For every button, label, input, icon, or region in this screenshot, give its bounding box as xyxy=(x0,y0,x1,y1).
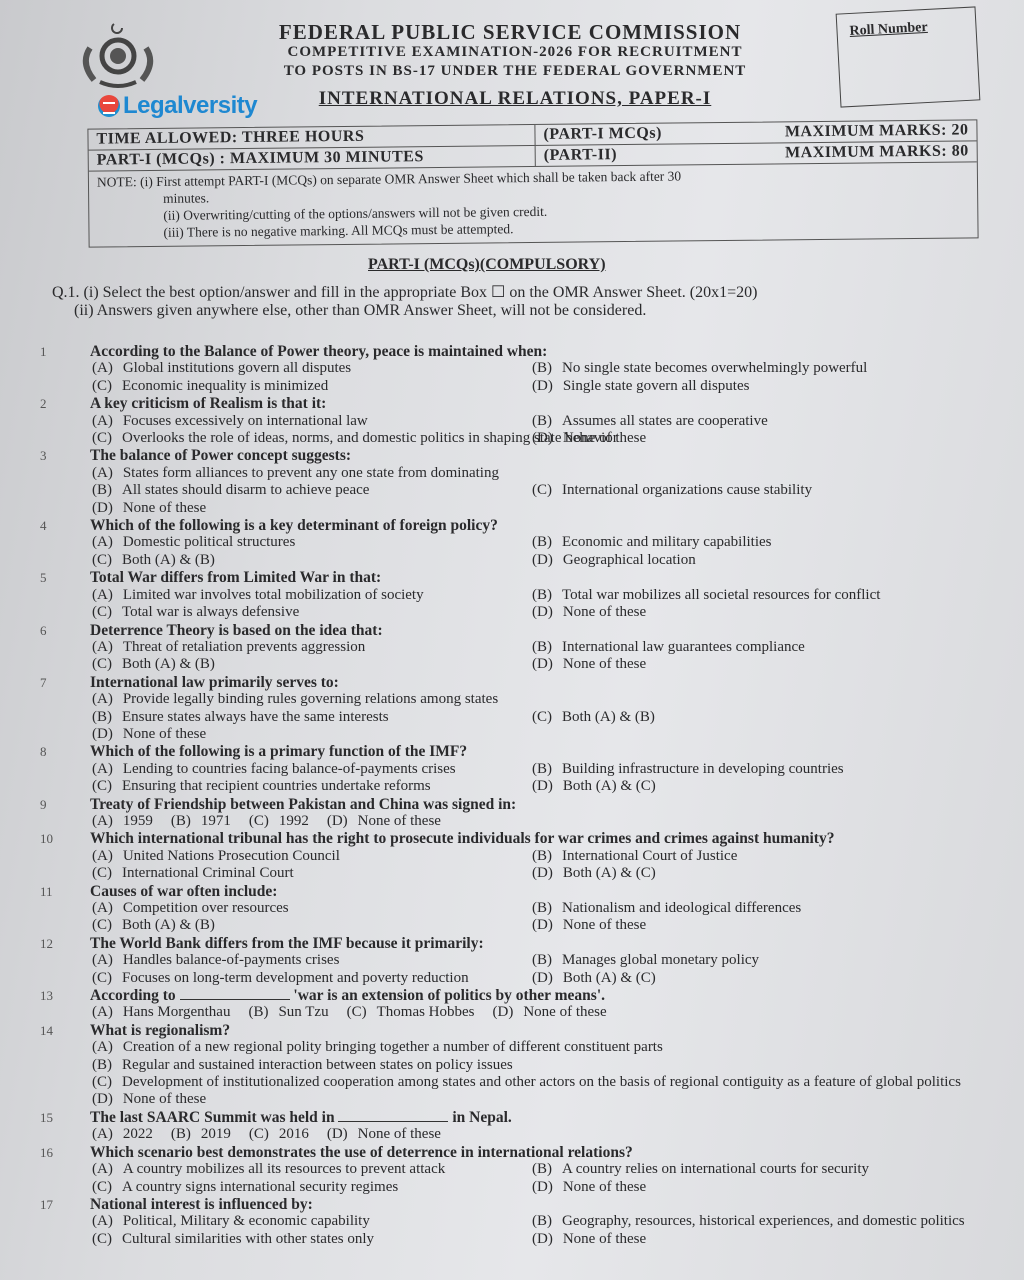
option-a[interactable]: (A)Competition over resources xyxy=(92,900,522,917)
option-text: Sun Tzu xyxy=(278,1004,328,1020)
option-label: (A) xyxy=(92,413,113,429)
option-text: 2016 xyxy=(279,1126,309,1142)
option-c[interactable]: (C)A country signs international securit… xyxy=(92,1179,522,1196)
option-label: (A) xyxy=(92,1004,113,1020)
option-d[interactable]: (D)None of these xyxy=(532,430,1015,447)
question-item: 13According to 'war is an extension of p… xyxy=(40,987,1015,1022)
option-label: (A) xyxy=(92,360,113,376)
option-label: (C) xyxy=(532,482,552,498)
question-item: 2A key criticism of Realism is that it:(… xyxy=(40,395,1015,447)
option-label: (D) xyxy=(532,604,553,620)
question-text: The World Bank differs from the IMF beca… xyxy=(40,935,1015,952)
option-label: (D) xyxy=(532,1179,553,1195)
government-emblem-icon xyxy=(70,18,166,90)
question-item: 5Total War differs from Limited War in t… xyxy=(40,569,1015,621)
option-text: Both (A) & (C) xyxy=(563,970,656,986)
question-number: 14 xyxy=(40,1022,70,1039)
option-b[interactable]: (B)Ensure states always have the same in… xyxy=(92,709,522,726)
option-label: (D) xyxy=(532,865,553,881)
option-text: Assumes all states are cooperative xyxy=(562,413,768,429)
option-b[interactable]: (B)Nationalism and ideological differenc… xyxy=(532,900,1015,917)
option-a[interactable]: (A)Global institutions govern all disput… xyxy=(92,360,522,377)
option-label: (D) xyxy=(532,778,553,794)
option-label: (A) xyxy=(92,848,113,864)
question-number: 8 xyxy=(40,743,70,760)
question-text: Which of the following is a key determin… xyxy=(40,517,1015,534)
question-number: 4 xyxy=(40,517,70,534)
roll-number-label: Roll Number xyxy=(849,17,976,40)
option-c[interactable]: (C)Focuses on long-term development and … xyxy=(92,970,522,987)
option-text: Nationalism and ideological differences xyxy=(562,900,801,916)
option-text: None of these xyxy=(563,1179,646,1195)
option-label: (A) xyxy=(92,1213,113,1229)
option-c[interactable]: (C)1992 xyxy=(249,813,309,830)
option-b[interactable]: (B)1971 xyxy=(171,813,231,830)
option-c[interactable]: (C)International Criminal Court xyxy=(92,865,522,882)
option-a[interactable]: (A)Creation of a new regional polity bri… xyxy=(92,1039,1015,1056)
question-number: 13 xyxy=(40,987,70,1004)
part1-marks: MAXIMUM MARKS: 20 xyxy=(785,121,969,141)
instructions: Q.1. (i) Select the best option/answer a… xyxy=(52,282,1002,320)
option-d[interactable]: (D)None of these xyxy=(92,500,522,517)
question-item: 9Treaty of Friendship between Pakistan a… xyxy=(40,796,1015,831)
option-label: (C) xyxy=(92,778,112,794)
option-text: States form alliances to prevent any one… xyxy=(123,465,499,481)
option-c[interactable]: (C)Both (A) & (B) xyxy=(92,552,522,569)
option-d[interactable]: (D)Both (A) & (C) xyxy=(532,970,1015,987)
option-text: Hans Morgenthau xyxy=(123,1004,231,1020)
option-d[interactable]: (D)None of these xyxy=(532,1179,1015,1196)
option-text: Manages global monetary policy xyxy=(562,952,759,968)
option-text: Building infrastructure in developing co… xyxy=(562,761,844,777)
question-item: 16Which scenario best demonstrates the u… xyxy=(40,1144,1015,1196)
option-a[interactable]: (A)Limited war involves total mobilizati… xyxy=(92,587,522,604)
option-label: (B) xyxy=(248,1004,268,1020)
part1-label: (PART-I MCQs) xyxy=(543,125,662,144)
option-text: None of these xyxy=(563,604,646,620)
option-label: (B) xyxy=(92,482,112,498)
option-label: (D) xyxy=(532,1231,553,1247)
question-number: 9 xyxy=(40,796,70,813)
option-d[interactable]: (D)Both (A) & (C) xyxy=(532,778,1015,795)
question-item: 14What is regionalism?(A)Creation of a n… xyxy=(40,1022,1015,1109)
option-a[interactable]: (A)Provide legally binding rules governi… xyxy=(92,691,1015,708)
fill-in-blank xyxy=(180,999,290,1000)
option-text: Development of institutionalized coopera… xyxy=(122,1074,961,1090)
option-label: (A) xyxy=(92,900,113,916)
options-row: (A)1959(B)1971(C)1992(D)None of these xyxy=(40,813,1015,830)
option-label: (D) xyxy=(92,500,113,516)
option-c[interactable]: (C)Ensuring that recipient countries und… xyxy=(92,778,522,795)
option-text: Threat of retaliation prevents aggressio… xyxy=(123,639,365,655)
option-a[interactable]: (A)Threat of retaliation prevents aggres… xyxy=(92,639,522,656)
option-label: (A) xyxy=(92,813,113,829)
option-text: Handles balance-of-payments crises xyxy=(123,952,340,968)
option-d[interactable]: (D)Both (A) & (C) xyxy=(532,865,1015,882)
option-label: (C) xyxy=(92,1231,112,1247)
options: (A)Focuses excessively on international … xyxy=(40,413,1015,448)
option-label: (C) xyxy=(92,970,112,986)
question-number: 5 xyxy=(40,569,70,586)
option-a[interactable]: (A)Political, Military & economic capabi… xyxy=(92,1213,522,1230)
option-c[interactable]: (C)International organizations cause sta… xyxy=(532,482,1015,499)
option-c[interactable]: (C)Overlooks the role of ideas, norms, a… xyxy=(92,430,522,447)
option-d[interactable]: (D)Single state govern all disputes xyxy=(532,378,1015,395)
legalversity-watermark: Legalversity xyxy=(98,92,257,120)
option-text: None of these xyxy=(358,813,441,829)
option-text: None of these xyxy=(523,1004,606,1020)
option-label: (D) xyxy=(532,378,553,394)
part2-marks: MAXIMUM MARKS: 80 xyxy=(785,142,969,162)
options: (A)Lending to countries facing balance-o… xyxy=(40,761,1015,796)
option-d[interactable]: (D)None of these xyxy=(532,1231,1015,1248)
option-label: (B) xyxy=(532,413,552,429)
option-d[interactable]: (D)None of these xyxy=(327,813,441,830)
option-label: (C) xyxy=(92,430,112,446)
option-a[interactable]: (A)1959 xyxy=(92,813,153,830)
option-c[interactable]: (C)Both (A) & (B) xyxy=(92,917,522,934)
question-number: 11 xyxy=(40,883,70,900)
option-c[interactable]: (C)Both (A) & (B) xyxy=(92,656,522,673)
option-c[interactable]: (C)Economic inequality is minimized xyxy=(92,378,522,395)
option-text: A country relies on international courts… xyxy=(562,1161,869,1177)
question-text: A key criticism of Realism is that it: xyxy=(40,395,1015,412)
option-text: Single state govern all disputes xyxy=(563,378,750,394)
option-label: (D) xyxy=(327,813,348,829)
option-label: (D) xyxy=(532,970,553,986)
question-item: 1According to the Balance of Power theor… xyxy=(40,343,1015,395)
option-text: Total war mobilizes all societal resourc… xyxy=(562,587,880,603)
question-text: According to 'war is an extension of pol… xyxy=(40,987,1015,1004)
option-c[interactable]: (C)Development of institutionalized coop… xyxy=(92,1074,1015,1091)
option-text: None of these xyxy=(123,726,206,742)
option-c[interactable]: (C)Total war is always defensive xyxy=(92,604,522,621)
option-d[interactable]: (D)Geographical location xyxy=(532,552,1015,569)
option-label: (C) xyxy=(92,1179,112,1195)
option-text: Political, Military & economic capabilit… xyxy=(123,1213,370,1229)
question-text: According to the Balance of Power theory… xyxy=(40,343,1015,360)
option-text: Ensure states always have the same inter… xyxy=(122,709,389,725)
option-text: All states should disarm to achieve peac… xyxy=(122,482,369,498)
option-label: (B) xyxy=(92,1057,112,1073)
question-item: 15The last SAARC Summit was held in in N… xyxy=(40,1109,1015,1144)
option-label: (A) xyxy=(92,691,113,707)
option-label: (D) xyxy=(532,552,553,568)
option-text: Competition over resources xyxy=(123,900,289,916)
option-text: Both (A) & (B) xyxy=(122,656,215,672)
option-label: (A) xyxy=(92,1161,113,1177)
question-item: 3The balance of Power concept suggests:(… xyxy=(40,447,1015,517)
option-label: (C) xyxy=(92,656,112,672)
option-a[interactable]: (A)Hans Morgenthau xyxy=(92,1004,230,1021)
option-label: (A) xyxy=(92,465,113,481)
option-label: (A) xyxy=(92,1039,113,1055)
options: (A)Limited war involves total mobilizati… xyxy=(40,587,1015,622)
option-c[interactable]: (C)Cultural similarities with other stat… xyxy=(92,1231,522,1248)
option-label: (C) xyxy=(92,1074,112,1090)
option-b[interactable]: (B)International Court of Justice xyxy=(532,848,1015,865)
option-text: 1971 xyxy=(201,813,231,829)
option-label: (D) xyxy=(92,1091,113,1107)
option-text: Cultural similarities with other states … xyxy=(122,1231,374,1247)
option-text: Both (A) & (C) xyxy=(563,778,656,794)
option-d[interactable]: (D)None of these xyxy=(327,1126,441,1143)
option-text: None of these xyxy=(563,917,646,933)
options: (A)A country mobilizes all its resources… xyxy=(40,1161,1015,1196)
option-b[interactable]: (B)Sun Tzu xyxy=(248,1004,328,1021)
option-text: Economic inequality is minimized xyxy=(122,378,328,394)
option-b[interactable]: (B)2019 xyxy=(171,1126,231,1143)
question-list: 1According to the Balance of Power theor… xyxy=(40,343,1015,1248)
question-text: Deterrence Theory is based on the idea t… xyxy=(40,622,1015,639)
option-label: (C) xyxy=(347,1004,367,1020)
option-text: International Court of Justice xyxy=(562,848,737,864)
question-item: 11Causes of war often include:(A)Competi… xyxy=(40,883,1015,935)
option-b[interactable]: (B)Economic and military capabilities xyxy=(532,534,1015,551)
option-a[interactable]: (A)States form alliances to prevent any … xyxy=(92,465,1015,482)
option-label: (B) xyxy=(532,761,552,777)
question-text: Treaty of Friendship between Pakistan an… xyxy=(40,796,1015,813)
option-label: (B) xyxy=(532,952,552,968)
option-a[interactable]: (A)Domestic political structures xyxy=(92,534,522,551)
question-item: 4Which of the following is a key determi… xyxy=(40,517,1015,569)
option-label: (B) xyxy=(532,587,552,603)
question-text: Which scenario best demonstrates the use… xyxy=(40,1144,1015,1161)
question-number: 16 xyxy=(40,1144,70,1161)
option-b[interactable]: (B)Manages global monetary policy xyxy=(532,952,1015,969)
option-text: 2022 xyxy=(123,1126,153,1142)
option-label: (C) xyxy=(92,604,112,620)
option-text: No single state becomes overwhelmingly p… xyxy=(562,360,867,376)
question-text: The balance of Power concept suggests: xyxy=(40,447,1015,464)
question-text: The last SAARC Summit was held in in Nep… xyxy=(40,1109,1015,1126)
option-label: (C) xyxy=(92,378,112,394)
question-number: 7 xyxy=(40,674,70,691)
option-label: (A) xyxy=(92,952,113,968)
option-label: (B) xyxy=(171,1126,191,1142)
question-number: 15 xyxy=(40,1109,70,1126)
option-b[interactable]: (B)Building infrastructure in developing… xyxy=(532,761,1015,778)
question-text: Total War differs from Limited War in th… xyxy=(40,569,1015,586)
option-text: Regular and sustained interaction betwee… xyxy=(122,1057,513,1073)
option-text: None of these xyxy=(358,1126,441,1142)
option-label: (A) xyxy=(92,534,113,550)
option-b[interactable]: (B)All states should disarm to achieve p… xyxy=(92,482,522,499)
option-text: None of these xyxy=(123,500,206,516)
options: (A)Threat of retaliation prevents aggres… xyxy=(40,639,1015,674)
option-text: Both (A) & (B) xyxy=(562,709,655,725)
question-item: 8Which of the following is a primary fun… xyxy=(40,743,1015,795)
question-item: 7International law primarily serves to:(… xyxy=(40,674,1015,744)
option-label: (D) xyxy=(327,1126,348,1142)
option-text: Limited war involves total mobilization … xyxy=(123,587,424,603)
option-text: Economic and military capabilities xyxy=(562,534,772,550)
option-text: International Criminal Court xyxy=(122,865,294,881)
option-label: (B) xyxy=(532,900,552,916)
option-text: Both (A) & (B) xyxy=(122,917,215,933)
options: (A)Global institutions govern all disput… xyxy=(40,360,1015,395)
option-b[interactable]: (B)Geography, resources, historical expe… xyxy=(532,1213,1015,1230)
option-label: (B) xyxy=(532,360,552,376)
option-text: Provide legally binding rules governing … xyxy=(123,691,498,707)
options: (A)Creation of a new regional polity bri… xyxy=(40,1039,1015,1109)
option-text: United Nations Prosecution Council xyxy=(123,848,340,864)
exam-paper: Legalversity FEDERAL PUBLIC SERVICE COMM… xyxy=(0,0,1024,1280)
question-number: 6 xyxy=(40,622,70,639)
options: (A)Handles balance-of-payments crises(B)… xyxy=(40,952,1015,987)
option-label: (B) xyxy=(532,1213,552,1229)
option-text: Geography, resources, historical experie… xyxy=(562,1213,965,1229)
question-number: 2 xyxy=(40,395,70,412)
option-label: (C) xyxy=(532,709,552,725)
option-text: Focuses on long-term development and pov… xyxy=(122,970,469,986)
option-a[interactable]: (A)2022 xyxy=(92,1126,153,1143)
question-text: International law primarily serves to: xyxy=(40,674,1015,691)
exam-line-1: COMPETITIVE EXAMINATION-2026 FOR RECRUIT… xyxy=(220,44,810,61)
option-label: (B) xyxy=(171,813,191,829)
notes: NOTE: (i) First attempt PART-I (MCQs) on… xyxy=(89,162,978,246)
option-label: (B) xyxy=(532,639,552,655)
options: (A)Domestic political structures(B)Econo… xyxy=(40,534,1015,569)
option-label: (A) xyxy=(92,587,113,603)
option-text: Both (A) & (C) xyxy=(563,865,656,881)
instruction-2: (ii) Answers given anywhere else, other … xyxy=(52,302,1002,320)
option-text: Domestic political structures xyxy=(123,534,295,550)
roll-number-box: Roll Number xyxy=(836,6,981,107)
question-text: Causes of war often include: xyxy=(40,883,1015,900)
option-label: (A) xyxy=(92,761,113,777)
options: (A)Competition over resources(B)National… xyxy=(40,900,1015,935)
option-c[interactable]: (C)2016 xyxy=(249,1126,309,1143)
option-label: (C) xyxy=(249,813,269,829)
option-b[interactable]: (B)No single state becomes overwhelmingl… xyxy=(532,360,1015,377)
question-number: 3 xyxy=(40,447,70,464)
option-a[interactable]: (A)United Nations Prosecution Council xyxy=(92,848,522,865)
question-number: 12 xyxy=(40,935,70,952)
option-b[interactable]: (B)Assumes all states are cooperative xyxy=(532,413,1015,430)
options-row: (A)Hans Morgenthau(B)Sun Tzu(C)Thomas Ho… xyxy=(40,1004,1015,1021)
question-item: 6Deterrence Theory is based on the idea … xyxy=(40,622,1015,674)
option-label: (C) xyxy=(92,552,112,568)
option-label: (C) xyxy=(92,917,112,933)
option-text: A country signs international security r… xyxy=(122,1179,398,1195)
question-text: Which of the following is a primary func… xyxy=(40,743,1015,760)
option-b[interactable]: (B)Total war mobilizes all societal reso… xyxy=(532,587,1015,604)
question-text: Which international tribunal has the rig… xyxy=(40,830,1015,847)
option-label: (B) xyxy=(532,1161,552,1177)
option-a[interactable]: (A)A country mobilizes all its resources… xyxy=(92,1161,522,1178)
option-text: Lending to countries facing balance-of-p… xyxy=(123,761,456,777)
option-label: (D) xyxy=(532,656,553,672)
option-text: 2019 xyxy=(201,1126,231,1142)
option-c[interactable]: (C)Both (A) & (B) xyxy=(532,709,1015,726)
option-label: (D) xyxy=(532,430,553,446)
option-label: (A) xyxy=(92,639,113,655)
option-label: (D) xyxy=(532,917,553,933)
option-d[interactable]: (D)None of these xyxy=(92,1091,1015,1108)
options: (A)Provide legally binding rules governi… xyxy=(40,691,1015,743)
question-item: 12The World Bank differs from the IMF be… xyxy=(40,935,1015,987)
option-text: 1992 xyxy=(279,813,309,829)
option-text: None of these xyxy=(123,1091,206,1107)
option-text: International organizations cause stabil… xyxy=(562,482,812,498)
option-b[interactable]: (B)Regular and sustained interaction bet… xyxy=(92,1057,1015,1074)
legalversity-logo-icon xyxy=(98,95,120,117)
option-b[interactable]: (B)International law guarantees complian… xyxy=(532,639,1015,656)
exam-info-box: TIME ALLOWED: THREE HOURS (PART-I MCQs)M… xyxy=(87,119,978,247)
paper-title: INTERNATIONAL RELATIONS, PAPER-I xyxy=(270,88,760,110)
option-text: Creation of a new regional polity bringi… xyxy=(123,1039,663,1055)
question-number: 10 xyxy=(40,830,70,847)
options: (A)United Nations Prosecution Council(B)… xyxy=(40,848,1015,883)
option-text: A country mobilizes all its resources to… xyxy=(123,1161,445,1177)
option-label: (A) xyxy=(92,1126,113,1142)
organization-title: FEDERAL PUBLIC SERVICE COMMISSION xyxy=(250,20,770,45)
part2-label: (PART-II) xyxy=(544,146,617,165)
option-d[interactable]: (D)None of these xyxy=(532,917,1015,934)
part-title: PART-I (MCQs)(COMPULSORY) xyxy=(368,256,606,274)
option-label: (D) xyxy=(493,1004,514,1020)
option-text: 1959 xyxy=(123,813,153,829)
option-text: International law guarantees compliance xyxy=(562,639,805,655)
option-text: Both (A) & (B) xyxy=(122,552,215,568)
brand-name: Legalversity xyxy=(123,92,257,120)
option-label: (B) xyxy=(92,709,112,725)
option-a[interactable]: (A)Handles balance-of-payments crises xyxy=(92,952,522,969)
option-text: None of these xyxy=(563,656,646,672)
option-text: None of these xyxy=(563,1231,646,1247)
question-item: 10Which international tribunal has the r… xyxy=(40,830,1015,882)
option-d[interactable]: (D)None of these xyxy=(532,604,1015,621)
option-text: Total war is always defensive xyxy=(122,604,299,620)
option-label: (D) xyxy=(92,726,113,742)
option-label: (B) xyxy=(532,534,552,550)
fill-in-blank xyxy=(338,1121,448,1122)
option-text: Focuses excessively on international law xyxy=(123,413,368,429)
options: (A)States form alliances to prevent any … xyxy=(40,465,1015,517)
options: (A)Political, Military & economic capabi… xyxy=(40,1213,1015,1248)
option-d[interactable]: (D)None of these xyxy=(92,726,522,743)
option-a[interactable]: (A)Lending to countries facing balance-o… xyxy=(92,761,522,778)
exam-line-2: TO POSTS IN BS-17 UNDER THE FEDERAL GOVE… xyxy=(220,63,810,80)
option-text: Global institutions govern all disputes xyxy=(123,360,351,376)
question-number: 17 xyxy=(40,1196,70,1213)
option-a[interactable]: (A)Focuses excessively on international … xyxy=(92,413,522,430)
question-item: 17National interest is influenced by:(A)… xyxy=(40,1196,1015,1248)
options-row: (A)2022(B)2019(C)2016(D)None of these xyxy=(40,1126,1015,1143)
option-c[interactable]: (C)Thomas Hobbes xyxy=(347,1004,475,1021)
question-text: What is regionalism? xyxy=(40,1022,1015,1039)
option-d[interactable]: (D)None of these xyxy=(493,1004,607,1021)
option-label: (C) xyxy=(249,1126,269,1142)
option-label: (B) xyxy=(532,848,552,864)
option-text: Ensuring that recipient countries undert… xyxy=(122,778,431,794)
option-b[interactable]: (B)A country relies on international cou… xyxy=(532,1161,1015,1178)
option-text: Geographical location xyxy=(563,552,696,568)
option-d[interactable]: (D)None of these xyxy=(532,656,1015,673)
question-text: National interest is influenced by: xyxy=(40,1196,1015,1213)
option-text: None of these xyxy=(563,430,646,446)
instruction-1: Q.1. (i) Select the best option/answer a… xyxy=(52,282,1002,302)
question-number: 1 xyxy=(40,343,70,360)
option-label: (C) xyxy=(92,865,112,881)
option-text: Thomas Hobbes xyxy=(377,1004,475,1020)
